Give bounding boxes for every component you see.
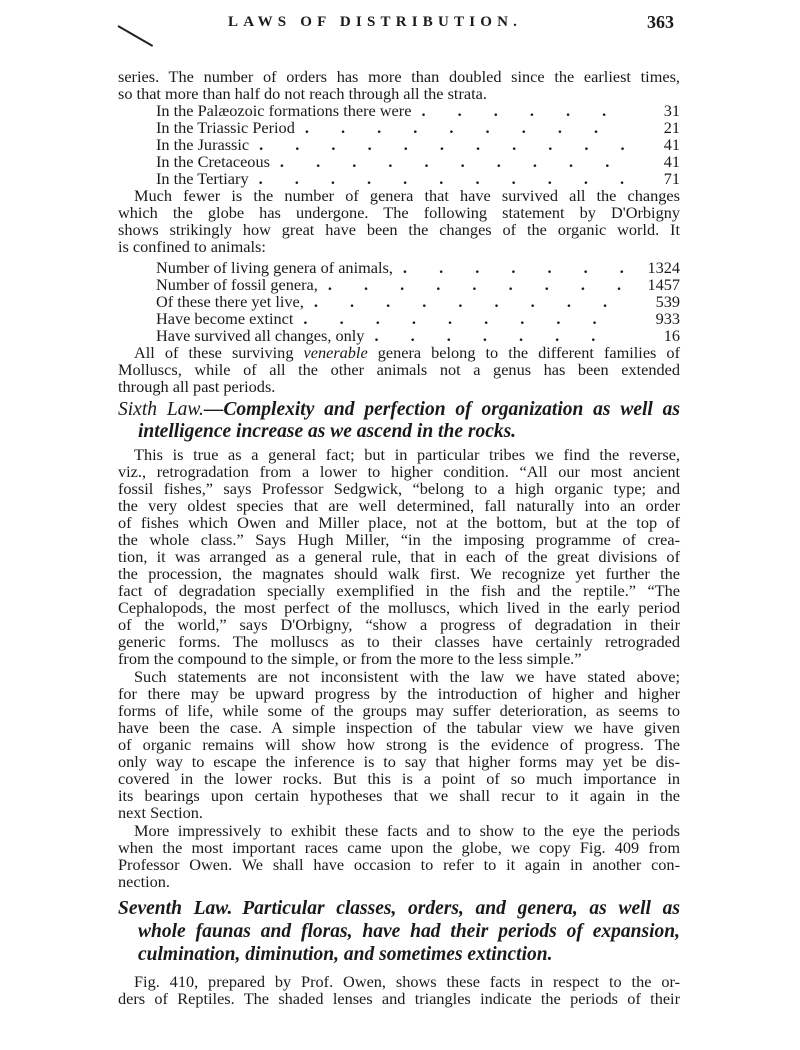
row-label: In the Jurassic (156, 136, 249, 153)
text-line: covered in the lower rocks. But this is … (118, 770, 680, 787)
section-heading-sixth-law: Sixth Law.—Complexity and perfection of … (118, 399, 680, 421)
row-value: 16 (628, 327, 680, 344)
text-line: Molluscs, while of all the other animals… (118, 361, 680, 378)
text-line: from the compound to the simple, or from… (118, 650, 680, 667)
text-line: tion, it was arranged as a general rule,… (118, 548, 680, 565)
row-label: Have survived all changes, only (156, 327, 364, 344)
leader-dots: . . . . . . . . . . . . . . . . . . . . (318, 276, 628, 293)
row-value: 31 (628, 102, 680, 119)
row-value: 21 (628, 119, 680, 136)
text-line: for there may be upward progress by the … (118, 685, 680, 702)
leader-dots: . . . . . . . . . . . . . . . . . . . . (270, 153, 628, 170)
text-line: which the globe has undergone. The follo… (118, 204, 680, 221)
text-line: Fig. 410, prepared by Prof. Owen, shows … (134, 973, 680, 990)
text-line: ders of Reptiles. The shaded lenses and … (118, 990, 680, 1007)
text-line: All of these surviving venerable genera … (134, 344, 680, 361)
row-label: Of these there yet live, (156, 293, 304, 310)
section-heading-continuation: culmination, diminution, and sometimes e… (138, 944, 680, 966)
leader-dots: . . . . . . . . . . . . . . . . . . . . (304, 293, 628, 310)
row-value: 933 (628, 310, 680, 327)
row-label: In the Cretaceous (156, 153, 270, 170)
running-title: LAWS OF DISTRIBUTION. (228, 14, 522, 31)
law-title: Seventh Law. (118, 898, 232, 919)
text-line: shows strikingly how great have been the… (118, 221, 680, 238)
table-row: In the Jurassic . . . . . . . . . . . . … (156, 136, 680, 153)
leader-dots: . . . . . . . . . . . . . . . . . . . . (295, 119, 628, 136)
row-value: 41 (628, 153, 680, 170)
row-value: 1324 (628, 259, 680, 276)
row-value: 41 (628, 136, 680, 153)
text-line: More impressively to exhibit these facts… (134, 822, 680, 839)
leader-dots: . . . . . . . . . . . . . . . . . . . . (249, 136, 628, 153)
row-label: Have become extinct (156, 310, 293, 327)
table-row: In the Palæozoic formations there were .… (156, 102, 680, 119)
book-page: LAWS OF DISTRIBUTION. 363 series. The nu… (0, 0, 800, 1050)
section-heading-continuation: whole faunas and floras, have had their … (138, 921, 680, 943)
leader-dots: . . . . . . . . . . . . . . . . . . . . (393, 259, 628, 276)
text-line: viz., retrogradation from a lower to hig… (118, 463, 680, 480)
text-line: Much fewer is the number of genera that … (134, 187, 680, 204)
text-line: series. The number of orders has more th… (118, 68, 680, 85)
leader-dots: . . . . . . . . . . . . . . . . . . . . (249, 170, 628, 187)
law-text: culmination, diminution, and sometimes e… (138, 944, 552, 965)
text-line: through all past periods. (118, 378, 680, 395)
law-text: intelligence increase as we ascend in th… (138, 421, 516, 442)
text-line: of the world,” says D'Orbigny, “show a p… (118, 616, 680, 633)
row-value: 1457 (628, 276, 680, 293)
text-line: Professor Owen. We shall have occasion t… (118, 856, 680, 873)
table-row: Of these there yet live, . . . . . . . .… (156, 293, 680, 310)
text-line: generic forms. The molluscs as to their … (118, 633, 680, 650)
leader-dots: . . . . . . . . . . . . . . . . . . . . (293, 310, 628, 327)
row-value: 539 (628, 293, 680, 310)
text-line: only way to escape the inference is to s… (118, 753, 680, 770)
table-row: Have become extinct . . . . . . . . . . … (156, 310, 680, 327)
text-line: of organic remains will show how strong … (118, 736, 680, 753)
text-line: next Section. (118, 804, 680, 821)
table-row: Have survived all changes, only . . . . … (156, 327, 680, 344)
text-line: of fishes which Owen and Miller place, n… (118, 514, 680, 531)
text-line: Such statements are not inconsistent wit… (134, 668, 680, 685)
table-row: Number of living genera of animals, . . … (156, 259, 680, 276)
table-row: In the Cretaceous . . . . . . . . . . . … (156, 153, 680, 170)
text-line: nection. (118, 873, 680, 890)
text-line: fossil fishes,” says Professor Sedgwick,… (118, 480, 680, 497)
row-label: Number of fossil genera, (156, 276, 318, 293)
law-text: —Complexity and perfection of organizati… (204, 399, 680, 420)
text-line: the procession, the magnates should walk… (118, 565, 680, 582)
text-line: so that more than half do not reach thro… (118, 85, 680, 102)
leader-dots: . . . . . . . . . . . . . . . . . . . . (364, 327, 628, 344)
row-value: 71 (628, 170, 680, 187)
law-text: whole faunas and floras, have had their … (138, 921, 680, 942)
text-line: fact of degradation specially exemplifie… (118, 582, 680, 599)
text-line: have been the case. A simple inspection … (118, 719, 680, 736)
text-line: the very oldest species that are well de… (118, 497, 680, 514)
row-label: In the Tertiary (156, 170, 249, 187)
page-number: 363 (647, 12, 674, 33)
row-label: Number of living genera of animals, (156, 259, 393, 276)
section-heading-seventh-law: Seventh Law. Particular classes, orders,… (118, 898, 680, 920)
page-header: LAWS OF DISTRIBUTION. 363 (0, 8, 800, 38)
row-label: In the Palæozoic formations there were (156, 102, 411, 119)
leader-dots: . . . . . . . . . . . . . . . . . . . . (411, 102, 628, 119)
text-line: This is true as a general fact; but in p… (134, 446, 680, 463)
text-line: forms of life, while some of the groups … (118, 702, 680, 719)
text-line: its bearings upon certain hypotheses tha… (118, 787, 680, 804)
law-title: Sixth Law. (118, 399, 204, 420)
text-line: when the most important races came upon … (118, 839, 680, 856)
text-line: is confined to animals: (118, 238, 680, 255)
law-text: Particular classes, orders, and genera, … (242, 898, 680, 919)
section-heading-continuation: intelligence increase as we ascend in th… (138, 421, 680, 443)
text-line: Cephalopods, the most perfect of the mol… (118, 599, 680, 616)
table-row: Number of fossil genera, . . . . . . . .… (156, 276, 680, 293)
table-row: In the Tertiary . . . . . . . . . . . . … (156, 170, 680, 187)
text-line: the whole class.” Says Hugh Miller, “in … (118, 531, 680, 548)
row-label: In the Triassic Period (156, 119, 295, 136)
table-row: In the Triassic Period . . . . . . . . .… (156, 119, 680, 136)
